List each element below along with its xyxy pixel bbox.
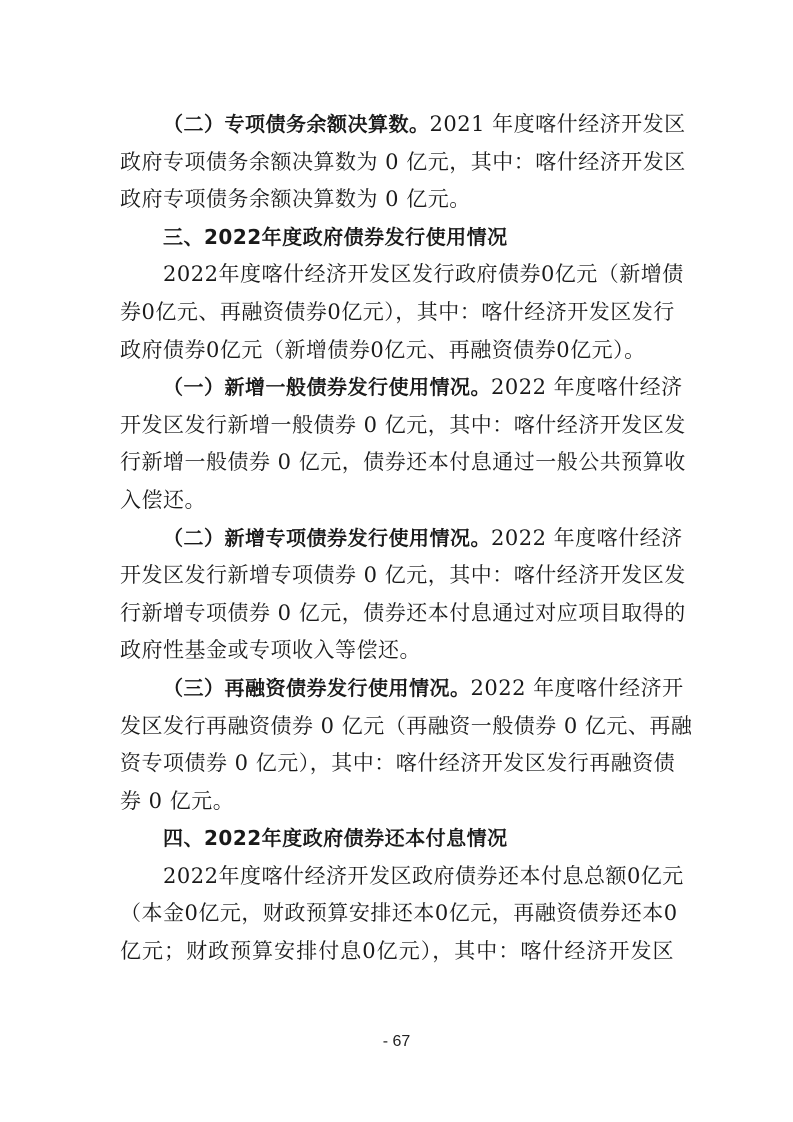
paragraph-line: 行新增一般债券 0 亿元，债券还本付息通过一般公共预算收	[120, 444, 674, 482]
paragraph-line: 2022年度喀什经济开发区发行政府债券0亿元（新增债	[120, 256, 674, 294]
paragraph-line: 开发区发行新增专项债券 0 亿元，其中：喀什经济开发区发	[120, 557, 674, 595]
paragraph-line: 政府债券0亿元（新增债券0亿元、再融资债券0亿元）。	[120, 332, 674, 370]
subsection-lead: （一）新增一般债券发行使用情况。	[163, 375, 491, 399]
paragraph-line: 政府性基金或专项收入等偿还。	[120, 632, 674, 670]
paragraph-line: 政府专项债务余额决算数为 0 亿元。	[120, 181, 674, 219]
paragraph-line: 2022年度喀什经济开发区政府债券还本付息总额0亿元	[120, 858, 674, 896]
paragraph-line: 发区发行再融资债券 0 亿元（再融资一般债券 0 亿元、再融	[120, 708, 674, 746]
subsection-lead: （二）专项债务余额决算数。	[163, 112, 430, 136]
paragraph-line: 资专项债券 0 亿元），其中：喀什经济开发区发行再融资债	[120, 745, 674, 783]
paragraph-line: 入偿还。	[120, 482, 674, 520]
paragraph-line: （本金0亿元，财政预算安排还本0亿元，再融资债券还本0	[120, 895, 674, 933]
paragraph-line: 券 0 亿元。	[120, 783, 674, 821]
subsection-refinancing-bonds: （三）再融资债券发行使用情况。2022 年度喀什经济开 发区发行再融资债券 0 …	[120, 670, 674, 820]
subsection-lead: （二）新增专项债券发行使用情况。	[163, 526, 491, 550]
paragraph-line: （三）再融资债券发行使用情况。2022 年度喀什经济开	[120, 670, 674, 708]
page-number: - 67	[0, 1033, 793, 1051]
section-heading-bond-issuance: 三、2022年度政府债券发行使用情况	[120, 219, 674, 257]
section-heading-debt-service: 四、2022年度政府债券还本付息情况	[120, 820, 674, 858]
paragraph-debt-service-summary: 2022年度喀什经济开发区政府债券还本付息总额0亿元 （本金0亿元，财政预算安排…	[120, 858, 674, 971]
document-page: （二）专项债务余额决算数。2021 年度喀什经济开发区 政府专项债务余额决算数为…	[120, 106, 674, 971]
paragraph-line: （一）新增一般债券发行使用情况。2022 年度喀什经济	[120, 369, 674, 407]
paragraph-line: 政府专项债务余额决算数为 0 亿元，其中：喀什经济开发区	[120, 144, 674, 182]
subsection-new-general-bonds: （一）新增一般债券发行使用情况。2022 年度喀什经济 开发区发行新增一般债券 …	[120, 369, 674, 519]
paragraph-line: （二）专项债务余额决算数。2021 年度喀什经济开发区	[120, 106, 674, 144]
paragraph-line: （二）新增专项债券发行使用情况。2022 年度喀什经济	[120, 520, 674, 558]
subsection-special-debt-balance: （二）专项债务余额决算数。2021 年度喀什经济开发区 政府专项债务余额决算数为…	[120, 106, 674, 219]
paragraph-line: 亿元；财政预算安排付息0亿元），其中：喀什经济开发区	[120, 933, 674, 971]
paragraph-line: 行新增专项债券 0 亿元，债券还本付息通过对应项目取得的	[120, 595, 674, 633]
subsection-lead: （三）再融资债券发行使用情况。	[163, 676, 471, 700]
paragraph-bond-issuance-summary: 2022年度喀什经济开发区发行政府债券0亿元（新增债 券0亿元、再融资债券0亿元…	[120, 256, 674, 369]
subsection-new-special-bonds: （二）新增专项债券发行使用情况。2022 年度喀什经济 开发区发行新增专项债券 …	[120, 520, 674, 670]
paragraph-line: 开发区发行新增一般债券 0 亿元，其中：喀什经济开发区发	[120, 407, 674, 445]
paragraph-line: 券0亿元、再融资债券0亿元），其中：喀什经济开发区发行	[120, 294, 674, 332]
